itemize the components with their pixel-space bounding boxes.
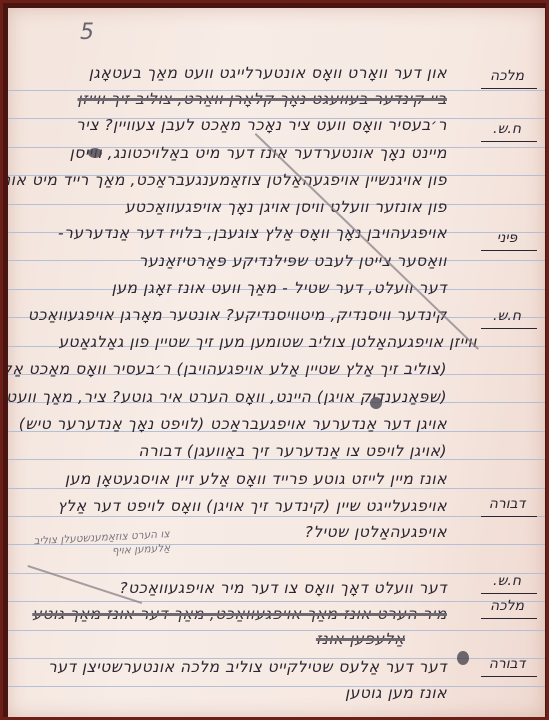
speaker-underline <box>481 618 537 619</box>
speaker-underline <box>481 593 537 594</box>
struck-text-line: מיר הערט אונז מאַך אויפגעוואַכט, מאַך דע… <box>32 605 447 623</box>
speaker-label: מלכה <box>477 598 537 619</box>
speaker-label: פּיני <box>477 230 537 251</box>
speaker-label: ח.ש. <box>477 573 537 594</box>
speaker-underline <box>481 141 537 142</box>
speaker-name: ח.ש. <box>493 121 521 137</box>
speaker-label: ח.ש. <box>477 121 537 142</box>
text-line: (אויגן לויפט צו אַנדערער זיך באַוועגן) ד… <box>138 442 447 460</box>
text-line: פון אויגנשיין אויפגעהאַלטן צוזאַמענגעברא… <box>8 171 447 189</box>
speaker-label: דבורה <box>477 496 537 517</box>
speaker-underline <box>481 516 537 517</box>
speaker-name: דבורה <box>489 656 526 672</box>
speaker-label: ח.ש. <box>477 308 537 329</box>
text-line: ר׳בעסיר וואָס וועט ציר נאָכר מאַכט לעבן … <box>76 116 447 134</box>
speaker-name: ח.ש. <box>493 573 521 589</box>
text-line: דער וועלט, דער שטיל - מאַך וועט אונז זאָ… <box>112 279 447 297</box>
speaker-name: מלכה <box>490 598 524 614</box>
text-line: דער דער אַלעס שטילקייט צוליב מלכה אונטער… <box>48 658 447 676</box>
speaker-name: מלכה <box>490 68 524 84</box>
text-line: פון אונזער וועלט וויסן אויגן נאָך אויפגע… <box>125 198 447 216</box>
text-line: אויגן דער אַנדערער אויפגעבראַכט (לויפט נ… <box>19 415 447 433</box>
speaker-name: ח.ש. <box>493 308 521 324</box>
scan-frame: 5 און דער וואָרט וואָס אונטערלייגט וועט … <box>0 0 549 720</box>
speaker-underline <box>481 328 537 329</box>
text-line: דער וועלט דאָך וואָס צו דער מיר אויפגעוו… <box>119 579 447 597</box>
ink-blot <box>88 148 102 158</box>
speaker-name: פּיני <box>497 230 518 246</box>
ruled-line <box>8 601 545 602</box>
speaker-underline <box>481 676 537 677</box>
text-line: (צוליב זיך אַלץ שטיין אַלע אויפגעהויבן) … <box>8 360 447 378</box>
text-line: אויפגעלייגט שיין (קינדער זיך אויגן) וואָ… <box>57 497 447 515</box>
speaker-name: דבורה <box>489 496 526 512</box>
text-line: אויפגעהויבן נאָך וואָס אַלץ צוגעבן, בלוי… <box>58 224 447 242</box>
struck-text-line: ביי קינדער בעוועגט נאָך קלאָרן וואַרט, צ… <box>78 90 448 108</box>
ruled-line <box>8 573 545 574</box>
pencil-margin-note: צו הערט צוזאַמענשטעלן צוליב אַלעמען אויף <box>19 527 170 563</box>
manuscript-page: 5 און דער וואָרט וואָס אונטערלייגט וועט … <box>8 8 545 717</box>
text-line: און דער וואָרט וואָס אונטערלייגט וועט מא… <box>89 64 447 82</box>
ink-blot <box>457 651 469 665</box>
speaker-underline <box>481 88 537 89</box>
ink-blot <box>370 397 382 409</box>
ruled-line <box>8 516 545 517</box>
text-line: אונז מיין לייזט גוטע פרייד וואָס אַלע זי… <box>65 470 447 488</box>
speaker-underline <box>481 250 537 251</box>
text-line: קינדער וויסנדיק, מיטוויסנדיקע? אונטער מא… <box>28 306 447 324</box>
text-line: ווייזן אויפגעהאַלטן צוליב שטומען מען זיך… <box>58 333 477 351</box>
text-line: מיינט נאָך אונטערדער אונז דער מיט באַלוי… <box>70 144 447 162</box>
ruled-line <box>8 686 545 687</box>
text-line: וואַסער צייטן לעבט שפּילנדיקע פּאַרטיזאַ… <box>139 252 447 270</box>
ruled-line <box>8 630 545 631</box>
text-line: אונז מען גוטען <box>345 684 447 702</box>
struck-text-line: אַלעפּען אונז <box>316 630 405 648</box>
speaker-label: דבורה <box>477 656 537 677</box>
page-number: 5 <box>80 20 94 45</box>
speaker-label: מלכה <box>477 68 537 89</box>
text-line: אויפגעהאַלטן שטיל? <box>305 523 447 541</box>
